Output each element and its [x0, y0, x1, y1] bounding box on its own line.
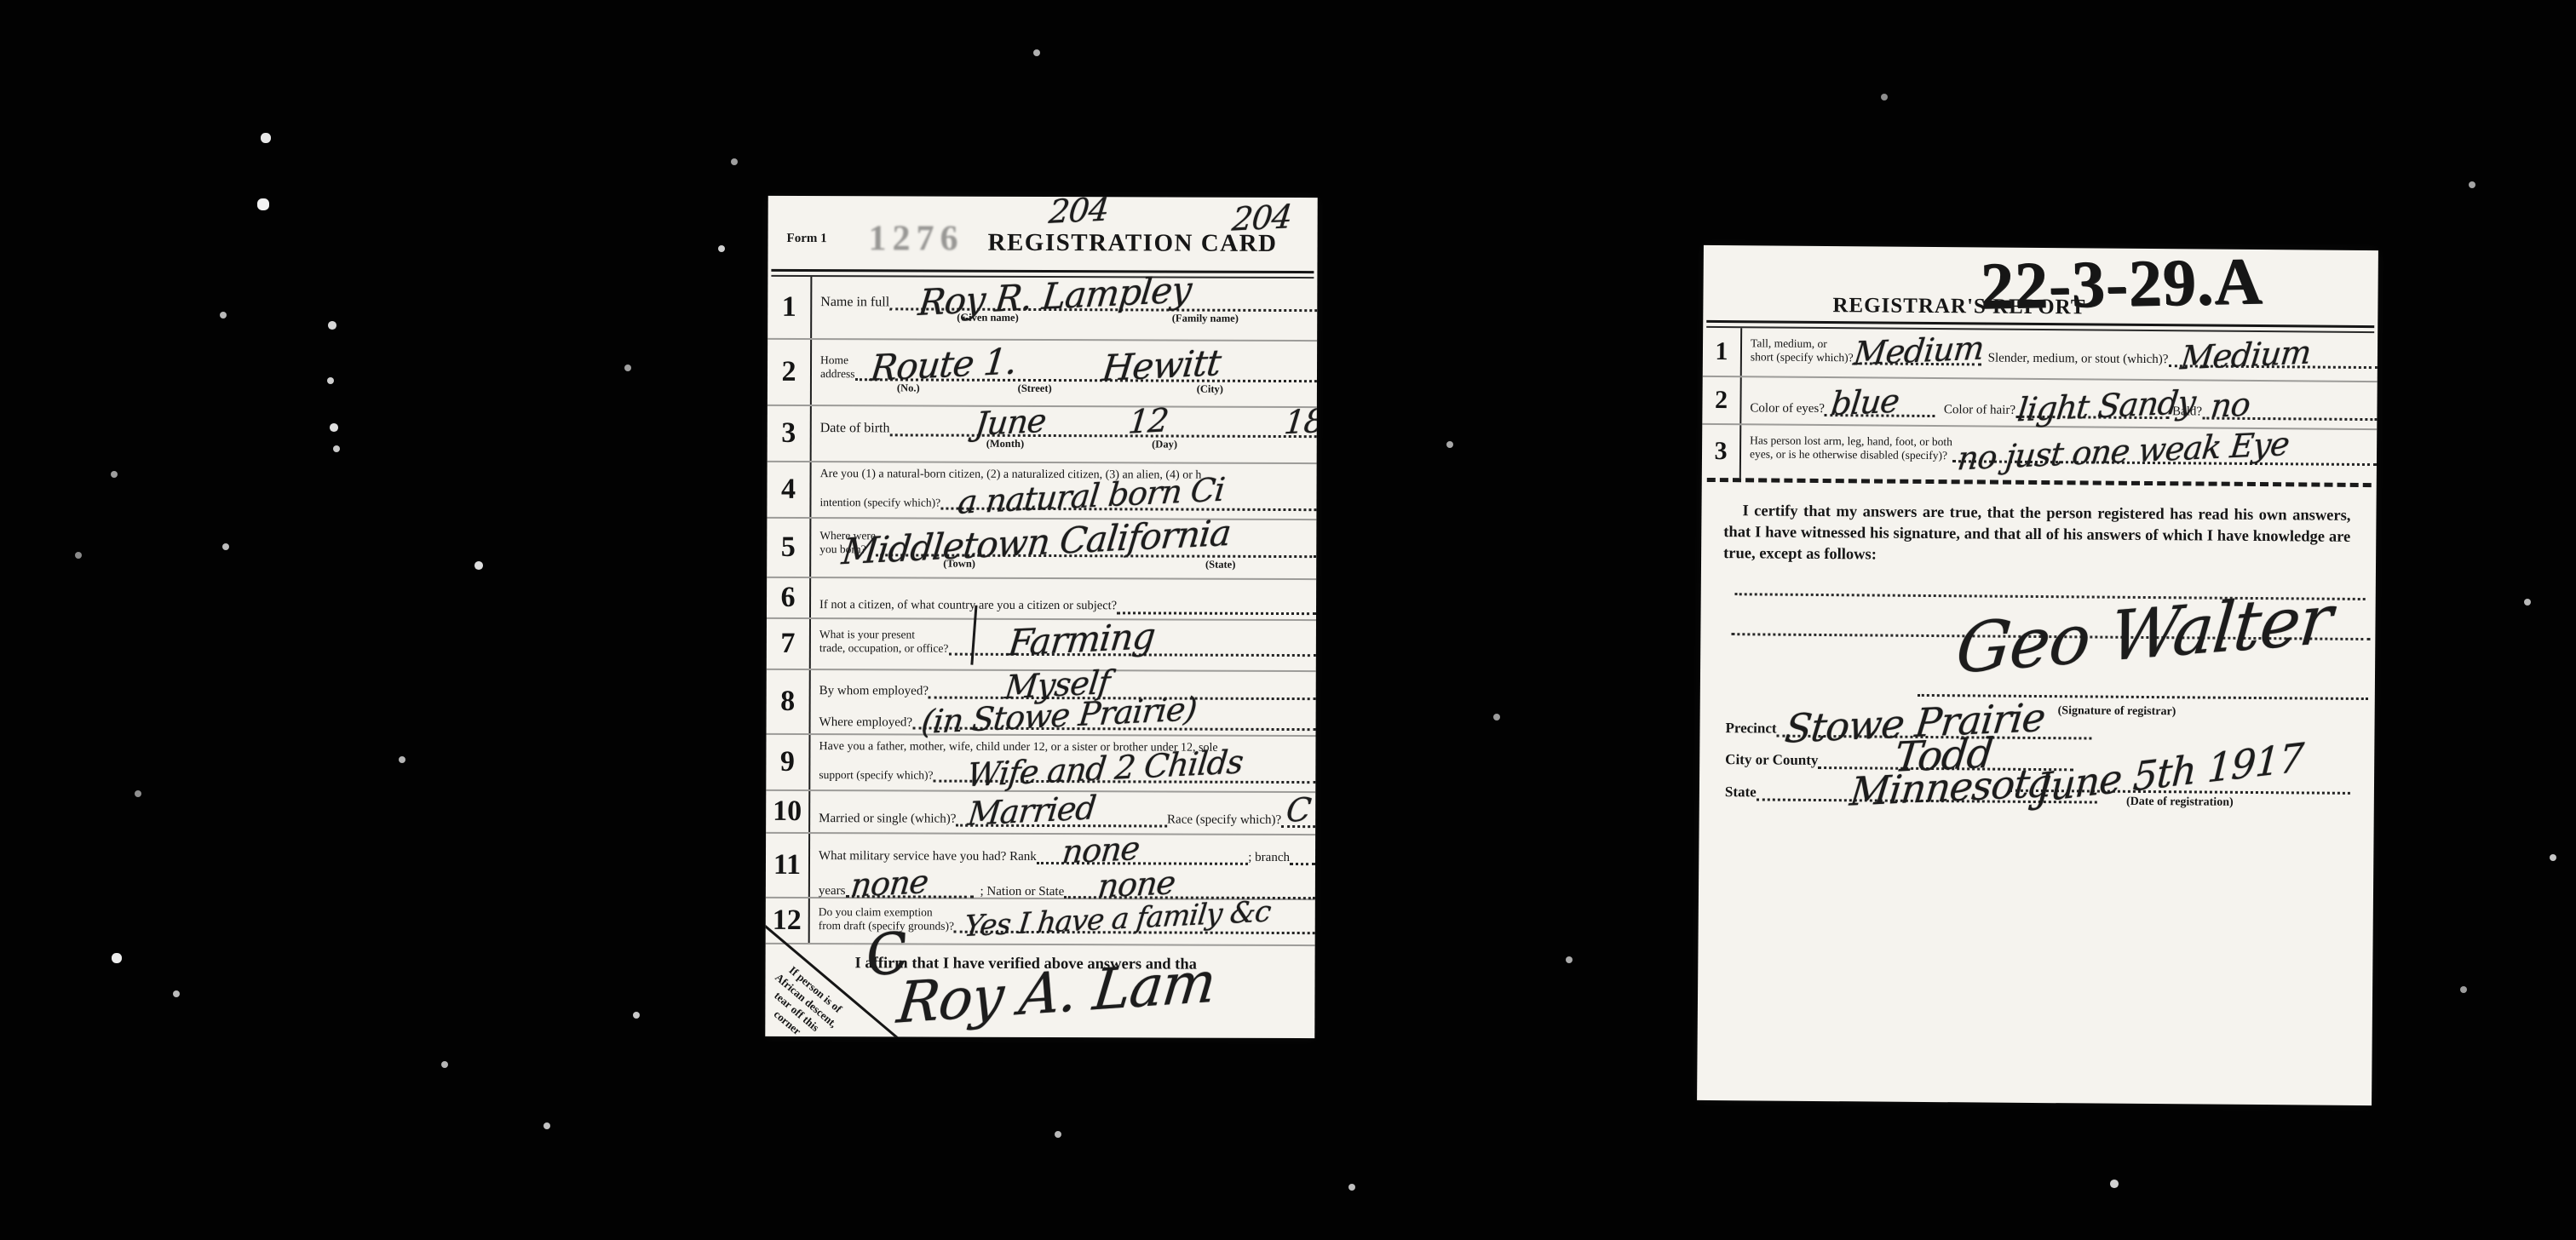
hair-color-line: light Sandy [2015, 400, 2169, 419]
military-years-line: none [846, 881, 974, 898]
row-number: 6 [767, 578, 811, 617]
row-employer: 8 By whom employed? Myself Where employe… [767, 670, 1316, 737]
dob-line: June 12 18 [889, 418, 1316, 437]
height-answer: Medium [1851, 329, 1985, 372]
address-city-answer: Hewitt [1100, 342, 1222, 389]
row-disability: 3 Has person lost arm, leg, hand, foot, … [1702, 425, 2377, 483]
row-number: 3 [1702, 425, 1741, 478]
report-rows: 1 Tall, medium, or short (specify which)… [1702, 328, 2378, 483]
row-number: 1 [768, 277, 812, 338]
height-label: Tall, medium, or short (specify which)? [1751, 336, 1854, 365]
address-no-street-answer: Route 1. [868, 340, 1018, 389]
hair-color-answer: light Sandy [2015, 382, 2197, 428]
race-answer: C [1285, 790, 1313, 830]
row-exemption: 12 Do you claim exemption from draft (sp… [766, 898, 1315, 946]
handwritten-serial-right: 204 [1230, 198, 1293, 238]
not-citizen-line [1117, 596, 1316, 614]
row-number: 7 [767, 619, 811, 669]
row-number: 12 [766, 898, 810, 943]
where-employed-line: (in Stowe Prairie) [912, 712, 1316, 731]
state-label: State [1725, 784, 1757, 801]
nation-state-line: none [1064, 881, 1315, 900]
build-line: Medium [2168, 349, 2378, 369]
build-label: Slender, medium, or stout (which)? [1988, 352, 2169, 367]
handwritten-c-mark: C [862, 919, 912, 990]
occupation-label: What is your present trade, occupation, … [819, 628, 949, 655]
state-caption: (State) [1205, 559, 1235, 571]
handwritten-serial-top: 204 [1047, 196, 1110, 231]
precinct-label: Precinct [1725, 720, 1776, 737]
county-label: City or County [1725, 751, 1818, 769]
race-line: C [1281, 810, 1315, 828]
married-label: Married or single (which)? [819, 812, 956, 826]
citizenship-line: a natural born Ci [940, 492, 1316, 511]
eye-color-line: blue [1825, 399, 1935, 417]
row-number: 3 [768, 406, 812, 461]
bald-line: no [2202, 402, 2378, 421]
address-line: Route 1. Hewitt [854, 363, 1317, 382]
row-number: 5 [767, 519, 811, 577]
citizenship-question-line2: intention (specify which)? [819, 496, 940, 509]
race-label: Race (specify which)? [1167, 813, 1281, 828]
bald-answer: no [2209, 385, 2251, 424]
row-not-citizen: 6 If not a citizen, of what country are … [767, 578, 1316, 621]
row-military-service: 11 What military service have you had? R… [766, 834, 1315, 900]
military-years-label: years [819, 884, 846, 898]
row-number: 4 [767, 462, 811, 517]
where-born-line: Middletown California [876, 539, 1316, 558]
married-answer: Married [966, 789, 1098, 833]
row-build: 1 Tall, medium, or short (specify which)… [1703, 328, 2378, 382]
form-number-label: Form 1 [787, 232, 827, 246]
row-number: 1 [1703, 328, 1742, 376]
where-employed-label: Where employed? [819, 715, 913, 730]
dob-label: Date of birth [820, 421, 890, 436]
by-whom-employed-label: By whom employed? [819, 684, 929, 698]
row-number: 9 [766, 735, 810, 789]
scanned-microfilm-frame: Form 1 1276 204 REGISTRATION CARD 204 1 … [0, 0, 2576, 1240]
name-label: Name in full [820, 295, 889, 310]
occupation-line: Farming [948, 638, 1316, 657]
row-number: 10 [766, 791, 810, 832]
certification-text: I certify that my answers are true, that… [1723, 501, 2351, 569]
row-number: 2 [1702, 377, 1741, 423]
street-caption: (Street) [1018, 382, 1052, 395]
hair-color-label: Color of hair? [1944, 403, 2015, 417]
row-citizenship: 4 Are you (1) a natural-born citizen, (2… [767, 462, 1316, 520]
build-answer: Medium [2178, 333, 2312, 376]
report-header: REGISTRAR'S REPORT 22-3-29.A [1703, 245, 2378, 325]
row-dependents: 9 Have you a father, mother, wife, child… [766, 735, 1315, 793]
report-stamp-number: 22-3-29.A [1980, 245, 2263, 324]
military-branch-line [1290, 847, 1315, 865]
military-rank-label: What military service have you had? Rank [819, 849, 1037, 864]
nation-state-label: ; Nation or State [980, 884, 1065, 898]
row-married-race: 10 Married or single (which)? Married Ra… [766, 791, 1315, 835]
registration-card-header: Form 1 1276 204 REGISTRATION CARD 204 [768, 196, 1317, 271]
row-number: 2 [768, 340, 812, 405]
disability-answer: no just one weak Eye [1955, 425, 2291, 478]
name-line: Roy R. Lampley [889, 292, 1317, 311]
family-name-caption: (Family name) [1172, 312, 1239, 324]
dependents-line: Wife and 2 Childs [934, 765, 1316, 784]
dob-day-answer: 12 [1126, 401, 1170, 441]
row-date-of-birth: 3 Date of birth June 12 18 (Month) (Day) [768, 406, 1317, 464]
row-eyes-hair: 2 Color of eyes? blue Color of hair? lig… [1702, 377, 2377, 430]
military-rank-answer: none [1060, 829, 1141, 870]
registration-card: Form 1 1276 204 REGISTRATION CARD 204 1 … [765, 196, 1317, 1038]
row-number: 8 [767, 670, 811, 733]
row-where-born: 5 Where were you born? Middletown Califo… [767, 519, 1316, 580]
registrar-signature-caption: (Signature of registrar) [2058, 705, 2176, 720]
disability-label: Has person lost arm, leg, hand, foot, or… [1750, 433, 1952, 462]
dob-year-answer: 18 [1282, 401, 1318, 441]
home-address-label: Home address [820, 353, 855, 381]
registrars-report-card: REGISTRAR'S REPORT 22-3-29.A 1 Tall, med… [1697, 245, 2378, 1105]
disability-line: no just one weak Eye [1952, 445, 2377, 466]
city-caption: (City) [1197, 382, 1223, 395]
military-branch-label: ; branch [1248, 851, 1290, 865]
dob-month-answer: June [973, 401, 1047, 442]
married-line: Married [956, 809, 1167, 827]
serial-number-stamp: 1276 [868, 218, 963, 259]
day-caption: (Day) [1152, 438, 1177, 451]
registration-rows: 1 Name in full Roy R. Lampley (Given nam… [766, 277, 1318, 946]
registration-date-block: June 5th 1917 (Date of registration) [2010, 749, 2351, 811]
dob-captions: (Month) (Day) [820, 437, 1317, 451]
film-dust-specks [0, 0, 3, 3]
row-home-address: 2 Home address Route 1. Hewitt (No.) [768, 340, 1317, 408]
row-occupation: 7 What is your present trade, occupation… [767, 619, 1316, 672]
occupation-answer: Farming [1006, 615, 1157, 664]
eye-color-label: Color of eyes? [1750, 401, 1825, 416]
row-name-in-full: 1 Name in full Roy R. Lampley (Given nam… [768, 277, 1317, 342]
eye-color-answer: blue [1830, 382, 1901, 422]
not-citizen-label: If not a citizen, of what country are yo… [819, 599, 1117, 614]
exemption-answer: Yes I have a family &c [963, 894, 1273, 944]
row-number: 11 [766, 834, 810, 897]
military-rank-line: none [1037, 847, 1249, 864]
exemption-line: Yes I have a family &c [954, 916, 1315, 934]
dependents-question-line2: support (specify which)? [819, 768, 933, 782]
height-line: Medium [1854, 347, 1981, 366]
